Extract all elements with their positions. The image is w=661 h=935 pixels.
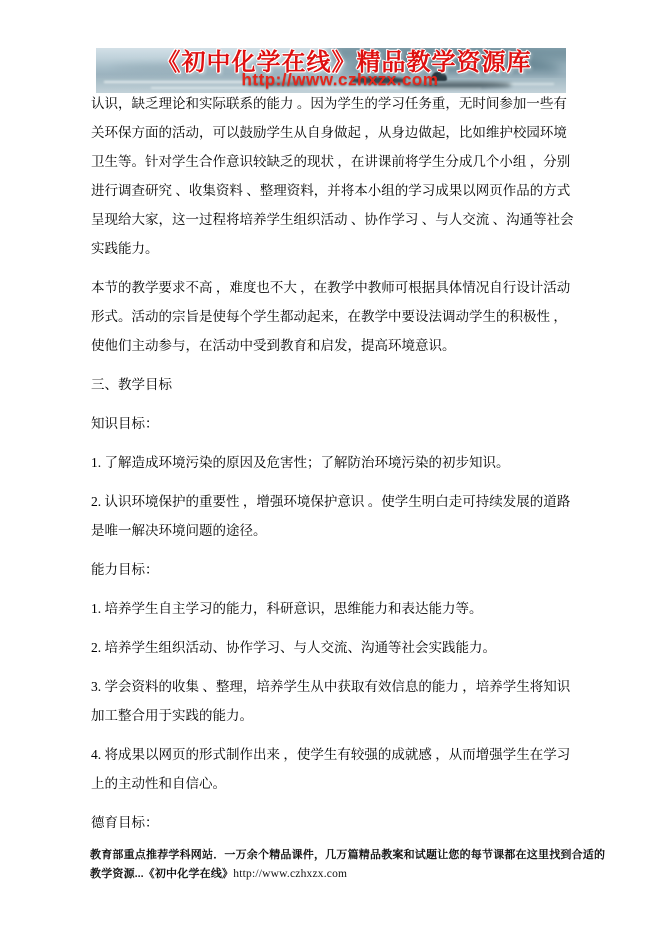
document-page: 《初中化学在线》精品教学资源库 http://www.czhxzx.com 认识… xyxy=(0,0,661,935)
ability-goal-item-1: 1. 培养学生自主学习的能力，科研意识，思维能力和表达能力等。 xyxy=(91,594,577,623)
heading-line: 能力目标： xyxy=(91,555,577,584)
text-line: 1. 了解造成环境污染的原因及危害性；了解防治环境污染的初步知识。 xyxy=(91,448,577,477)
text-line: 上的主动性和自信心。 xyxy=(91,769,577,798)
text-line: 2. 培养学生组织活动、协作学习、与人交流、沟通等社会实践能力。 xyxy=(91,633,577,662)
document-body: 认识，缺乏理论和实际联系的能力 。因为学生的学习任务重，无时间参加一些有 关环保… xyxy=(91,89,577,847)
ability-goal-item-4: 4. 将成果以网页的形式制作出来 ，使学生有较强的成就感 ，从而增强学生在学习 … xyxy=(91,740,577,798)
heading-line: 三、教学目标 xyxy=(91,370,577,399)
ability-goal-item-2: 2. 培养学生组织活动、协作学习、与人交流、沟通等社会实践能力。 xyxy=(91,633,577,662)
footer-line-1: 教育部重点推荐学科网站．一万余个精品课件，几万篇精品教案和试题让您的每节课都在这… xyxy=(90,846,570,865)
text-line: 本节的教学要求不高 ，难度也不大 ，在教学中教师可根据具体情况自行设计活动 xyxy=(91,273,577,302)
ability-goal-item-3: 3. 学会资料的收集 、整理，培养学生从中获取有效信息的能力 ，培养学生将知识 … xyxy=(91,672,577,730)
footer-site-name: 教学资源...《初中化学在线》 xyxy=(90,868,233,880)
subheading-knowledge-goals: 知识目标： xyxy=(91,409,577,438)
text-line: 2. 认识环境保护的重要性 ，增强环境保护意识 。使学生明白走可持续发展的道路 xyxy=(91,487,577,516)
text-line: 认识，缺乏理论和实际联系的能力 。因为学生的学习任务重，无时间参加一些有 xyxy=(91,89,577,118)
text-line: 使他们主动参与，在活动中受到教育和启发，提高环境意识。 xyxy=(91,331,577,360)
footer-site-url: http://www.czhxzx.com xyxy=(233,868,347,880)
text-line: 加工整合用于实践的能力。 xyxy=(91,701,577,730)
paragraph-teaching-requirement: 本节的教学要求不高 ，难度也不大 ，在教学中教师可根据具体情况自行设计活动 形式… xyxy=(91,273,577,360)
text-line: 呈现给大家，这一过程将培养学生组织活动 、协作学习 、与人交流 、沟通等社会 xyxy=(91,205,577,234)
heading-line: 知识目标： xyxy=(91,409,577,438)
text-line: 1. 培养学生自主学习的能力，科研意识，思维能力和表达能力等。 xyxy=(91,594,577,623)
heading-line: 德育目标： xyxy=(91,808,577,837)
text-line: 4. 将成果以网页的形式制作出来 ，使学生有较强的成就感 ，从而增强学生在学习 xyxy=(91,740,577,769)
text-line: 进行调查研究 、收集资料 、整理资料，并将本小组的学习成果以网页作品的方式 xyxy=(91,176,577,205)
text-line: 实践能力。 xyxy=(91,234,577,263)
section-heading-objectives: 三、教学目标 xyxy=(91,370,577,399)
site-banner-image: 《初中化学在线》精品教学资源库 http://www.czhxzx.com xyxy=(96,48,566,93)
knowledge-goal-item-2: 2. 认识环境保护的重要性 ，增强环境保护意识 。使学生明白走可持续发展的道路 … xyxy=(91,487,577,545)
banner-url: http://www.czhxzx.com xyxy=(96,69,566,91)
text-line: 3. 学会资料的收集 、整理，培养学生从中获取有效信息的能力 ，培养学生将知识 xyxy=(91,672,577,701)
text-line: 形式。活动的宗旨是使每个学生都动起来，在教学中要设法调动学生的积极性 ， xyxy=(91,302,577,331)
text-line: 卫生等。针对学生合作意识较缺乏的现状 ，在讲课前将学生分成几个小组 ，分别 xyxy=(91,147,577,176)
paragraph-teaching-suggestion: 认识，缺乏理论和实际联系的能力 。因为学生的学习任务重，无时间参加一些有 关环保… xyxy=(91,89,577,263)
subheading-ability-goals: 能力目标： xyxy=(91,555,577,584)
text-line: 关环保方面的活动，可以鼓励学生从自身做起 ，从身边做起，比如维护校园环境 xyxy=(91,118,577,147)
subheading-moral-goals: 德育目标： xyxy=(91,808,577,837)
knowledge-goal-item-1: 1. 了解造成环境污染的原因及危害性；了解防治环境污染的初步知识。 xyxy=(91,448,577,477)
text-line: 是唯一解决环境问题的途径。 xyxy=(91,516,577,545)
page-footer: 教育部重点推荐学科网站．一万余个精品课件，几万篇精品教案和试题让您的每节课都在这… xyxy=(90,846,570,884)
footer-line-2: 教学资源...《初中化学在线》http://www.czhxzx.com xyxy=(90,865,570,884)
